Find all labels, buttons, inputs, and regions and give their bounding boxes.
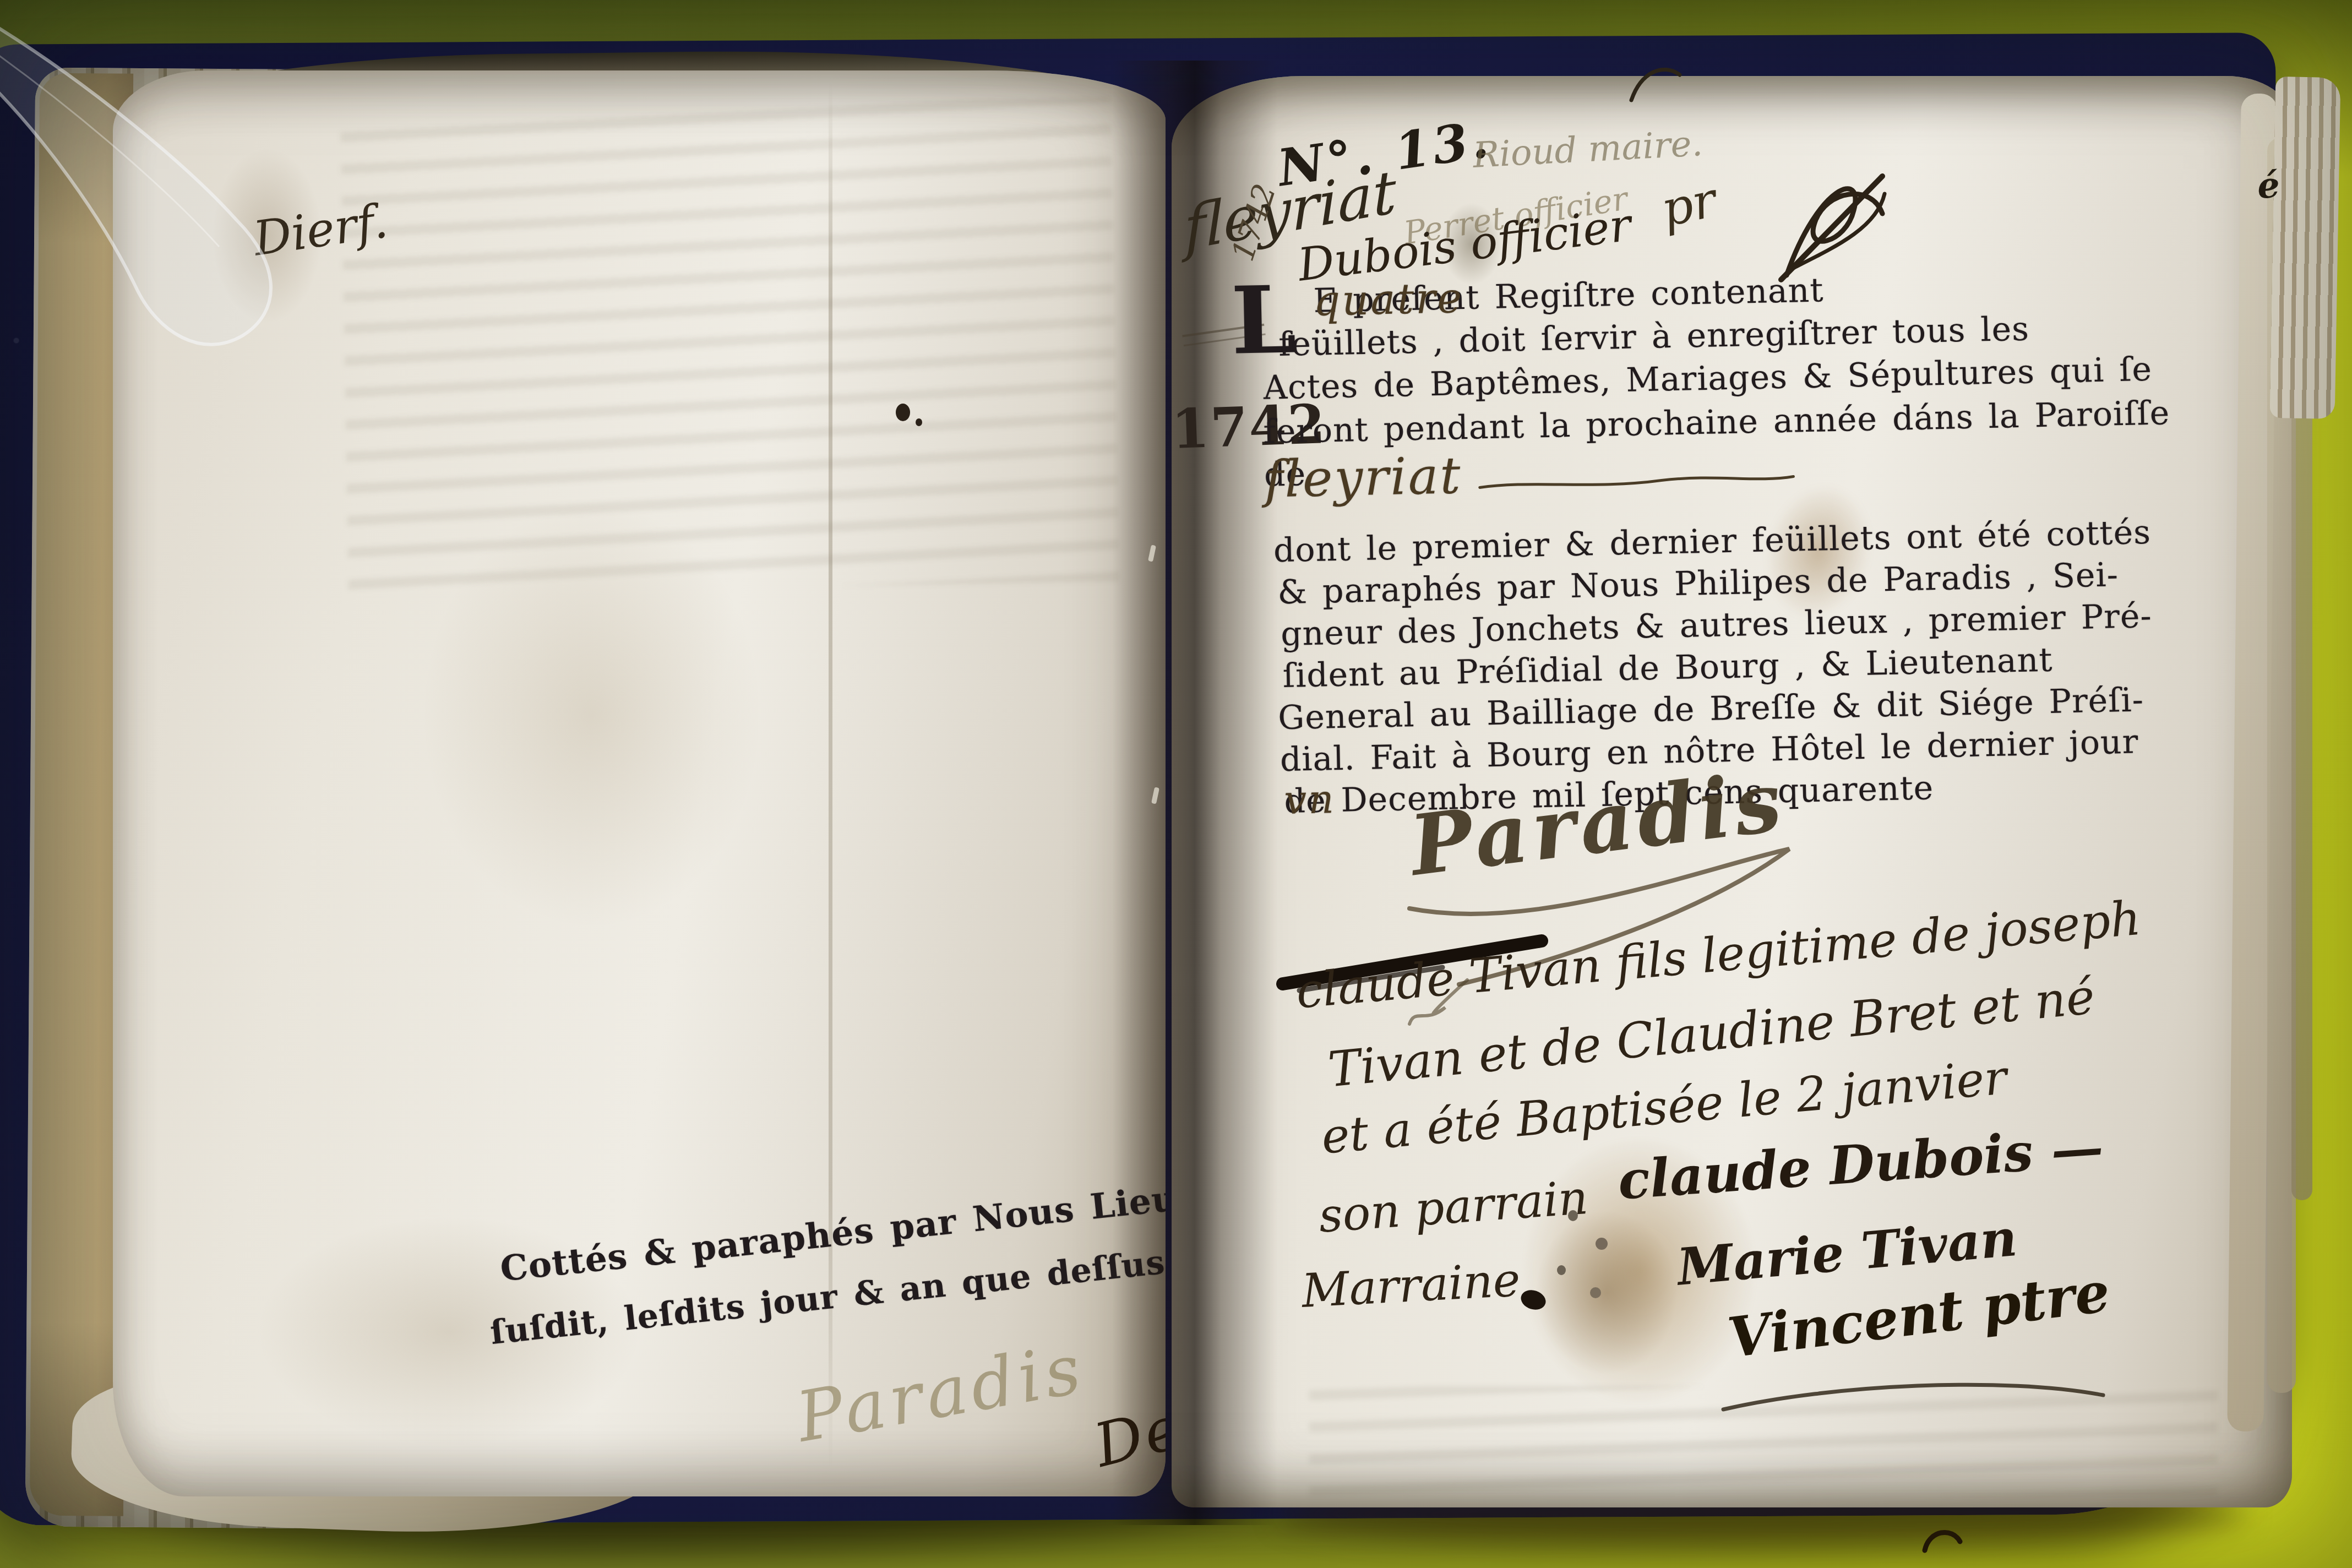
stain-speckle xyxy=(1590,1287,1601,1298)
left-page-stain xyxy=(421,500,763,929)
edge-text-fragment: é xyxy=(2256,165,2281,208)
hand-insert-place: fleyriat xyxy=(1264,446,1462,509)
printed-register-text: L E preſent Regiſtre contenant quatre fe… xyxy=(1231,260,2123,829)
large-stain-core xyxy=(1535,1210,1678,1375)
hand-insert-un: vn xyxy=(1284,776,1336,823)
record-line: Marraine xyxy=(1300,1253,1522,1318)
ink-speck xyxy=(916,418,922,426)
ink-speck xyxy=(896,404,910,421)
left-page-bleedthrough xyxy=(340,97,1119,595)
hand-insert-quatre: quatre xyxy=(1313,273,1464,325)
pen-stroke-top xyxy=(1627,61,1687,105)
hand-underline-flourish xyxy=(1479,472,1799,495)
stain-speckle xyxy=(1557,1265,1566,1275)
plastic-strip xyxy=(0,0,451,507)
fore-edge-slivers xyxy=(2270,77,2341,419)
printed-line: de Decembre mil ſept cens quarente vn xyxy=(1284,781,1336,829)
initials-annotation: pr xyxy=(1656,171,1721,238)
photo-open-parish-register: Dierf. Cottés & paraphés par Nous Lieute… xyxy=(0,0,2352,1568)
clip-hook xyxy=(1921,1525,1971,1558)
stain-speckle xyxy=(1596,1238,1608,1250)
printed-line: de fleyriat xyxy=(1264,451,1462,514)
vincent-flourish xyxy=(1718,1376,2125,1426)
signature-paradis-faint: Paradis xyxy=(791,1329,1091,1457)
